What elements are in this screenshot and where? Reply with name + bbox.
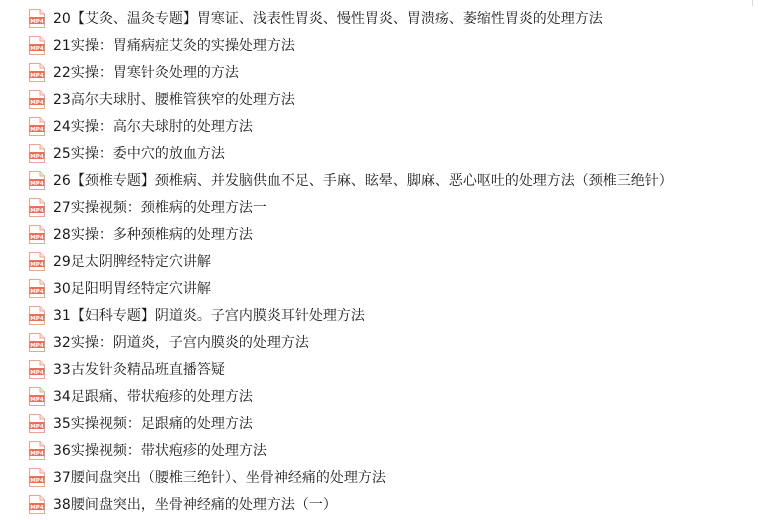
svg-text:MP4: MP4	[30, 451, 44, 457]
file-list-item[interactable]: MP4 22实操：胃寒针灸处理的方法	[0, 60, 759, 87]
file-name: 21实操：胃痛病症艾灸的实操处理方法	[53, 37, 295, 55]
file-list-item[interactable]: MP4 26【颈椎专题】颈椎病、并发脑供血不足、手麻、眩晕、脚麻、恶心呕吐的处理…	[0, 168, 759, 195]
file-name: 36实操视频：带状疱疹的处理方法	[53, 442, 267, 460]
file-list-item[interactable]: MP4 20【艾灸、温灸专题】胃寒证、浅表性胃炎、慢性胃炎、胃溃疡、萎缩性胃炎的…	[0, 6, 759, 33]
file-list-item[interactable]: MP4 21实操：胃痛病症艾灸的实操处理方法	[0, 33, 759, 60]
file-name: 37腰间盘突出（腰椎三绝针）、坐骨神经痛的处理方法	[53, 469, 386, 487]
svg-text:MP4: MP4	[30, 370, 44, 376]
file-name: 22实操：胃寒针灸处理的方法	[53, 64, 239, 82]
svg-text:MP4: MP4	[30, 235, 44, 241]
svg-text:MP4: MP4	[30, 208, 44, 214]
svg-text:MP4: MP4	[30, 505, 44, 511]
file-name: 24实操：高尔夫球肘的处理方法	[53, 118, 253, 136]
file-list-item[interactable]: MP4 24实操：高尔夫球肘的处理方法	[0, 114, 759, 141]
mp4-file-icon: MP4	[29, 279, 45, 298]
svg-text:MP4: MP4	[30, 343, 44, 349]
mp4-file-icon: MP4	[29, 360, 45, 379]
svg-text:MP4: MP4	[30, 127, 44, 133]
file-list-item[interactable]: MP4 27实操视频：颈椎病的处理方法一	[0, 195, 759, 222]
file-list-item[interactable]: MP4 23高尔夫球肘、腰椎管狭窄的处理方法	[0, 87, 759, 114]
mp4-file-icon: MP4	[29, 63, 45, 82]
file-list-item[interactable]: MP4 38腰间盘突出，坐骨神经痛的处理方法（一）	[0, 492, 759, 519]
file-list-item[interactable]: MP4 29足太阴脾经特定穴讲解	[0, 249, 759, 276]
svg-text:MP4: MP4	[30, 19, 44, 25]
file-name: 38腰间盘突出，坐骨神经痛的处理方法（一）	[53, 496, 337, 514]
file-name: 35实操视频：足跟痛的处理方法	[53, 415, 253, 433]
mp4-file-icon: MP4	[29, 171, 45, 190]
file-name: 26【颈椎专题】颈椎病、并发脑供血不足、手麻、眩晕、脚麻、恶心呕吐的处理方法（颈…	[53, 172, 673, 190]
mp4-file-icon: MP4	[29, 252, 45, 271]
mp4-file-icon: MP4	[29, 387, 45, 406]
file-name: 20【艾灸、温灸专题】胃寒证、浅表性胃炎、慢性胃炎、胃溃疡、萎缩性胃炎的处理方法	[53, 10, 603, 28]
svg-text:MP4: MP4	[30, 100, 44, 106]
mp4-file-icon: MP4	[29, 468, 45, 487]
mp4-file-icon: MP4	[29, 333, 45, 352]
file-name: 27实操视频：颈椎病的处理方法一	[53, 199, 267, 217]
mp4-file-icon: MP4	[29, 90, 45, 109]
svg-text:MP4: MP4	[30, 46, 44, 52]
file-list-item[interactable]: MP4 25实操：委中穴的放血方法	[0, 141, 759, 168]
file-name: 25实操：委中穴的放血方法	[53, 145, 225, 163]
svg-text:MP4: MP4	[30, 316, 44, 322]
mp4-file-icon: MP4	[29, 495, 45, 514]
svg-text:MP4: MP4	[30, 289, 44, 295]
file-name: 33古发针灸精品班直播答疑	[53, 361, 225, 379]
mp4-file-icon: MP4	[29, 36, 45, 55]
svg-text:MP4: MP4	[30, 478, 44, 484]
svg-text:MP4: MP4	[30, 181, 44, 187]
svg-text:MP4: MP4	[30, 73, 44, 79]
file-list-item[interactable]: MP4 31【妇科专题】阴道炎。子宫内膜炎耳针处理方法	[0, 303, 759, 330]
file-list-item[interactable]: MP4 33古发针灸精品班直播答疑	[0, 357, 759, 384]
mp4-file-icon: MP4	[29, 117, 45, 136]
svg-text:MP4: MP4	[30, 154, 44, 160]
file-list-item[interactable]: MP4 35实操视频：足跟痛的处理方法	[0, 411, 759, 438]
file-name: 31【妇科专题】阴道炎。子宫内膜炎耳针处理方法	[53, 307, 365, 325]
mp4-file-icon: MP4	[29, 198, 45, 217]
file-list-item[interactable]: MP4 28实操：多种颈椎病的处理方法	[0, 222, 759, 249]
file-list-item[interactable]: MP4 34足跟痛、带状疱疹的处理方法	[0, 384, 759, 411]
mp4-file-icon: MP4	[29, 9, 45, 28]
file-list: MP4 20【艾灸、温灸专题】胃寒证、浅表性胃炎、慢性胃炎、胃溃疡、萎缩性胃炎的…	[0, 6, 759, 519]
mp4-file-icon: MP4	[29, 306, 45, 325]
file-name: 32实操：阴道炎，子宫内膜炎的处理方法	[53, 334, 309, 352]
file-name: 30足阳明胃经特定穴讲解	[53, 280, 211, 298]
file-list-item[interactable]: MP4 37腰间盘突出（腰椎三绝针）、坐骨神经痛的处理方法	[0, 465, 759, 492]
file-list-item[interactable]: MP4 36实操视频：带状疱疹的处理方法	[0, 438, 759, 465]
file-name: 34足跟痛、带状疱疹的处理方法	[53, 388, 253, 406]
svg-text:MP4: MP4	[30, 397, 44, 403]
file-name: 23高尔夫球肘、腰椎管狭窄的处理方法	[53, 91, 295, 109]
mp4-file-icon: MP4	[29, 441, 45, 460]
mp4-file-icon: MP4	[29, 144, 45, 163]
svg-text:MP4: MP4	[30, 262, 44, 268]
file-list-item[interactable]: MP4 30足阳明胃经特定穴讲解	[0, 276, 759, 303]
file-name: 28实操：多种颈椎病的处理方法	[53, 226, 253, 244]
mp4-file-icon: MP4	[29, 414, 45, 433]
svg-text:MP4: MP4	[30, 424, 44, 430]
mp4-file-icon: MP4	[29, 225, 45, 244]
file-name: 29足太阴脾经特定穴讲解	[53, 253, 211, 271]
file-list-item[interactable]: MP4 32实操：阴道炎，子宫内膜炎的处理方法	[0, 330, 759, 357]
